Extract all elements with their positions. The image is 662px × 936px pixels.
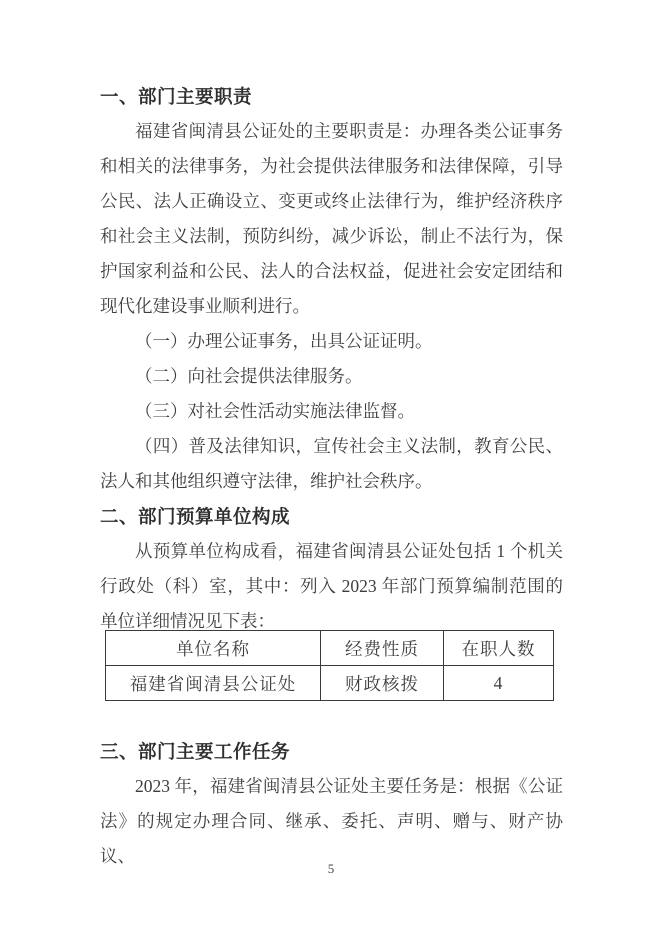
table-cell-funding-type: 财政核拨: [321, 666, 444, 701]
document-page: 一、部门主要职责 福建省闽清县公证处的主要职责是：办理各类公证事务和相关的法律事…: [0, 0, 662, 936]
page-number: 5: [0, 861, 662, 877]
table-cell-staff-count: 4: [444, 666, 554, 701]
table-header-staff-count: 在职人数: [444, 631, 554, 666]
section2-intro-paragraph: 从预算单位构成看，福建省闽清县公证处包括 1 个机关行政处（科）室，其中：列入 …: [100, 534, 563, 639]
section1-item-2: （二）向社会提供法律服务。: [100, 359, 563, 394]
budget-units-table: 单位名称 经费性质 在职人数 福建省闽清县公证处 财政核拨 4: [105, 630, 554, 701]
section1-item-4: （四）普及法律知识，宣传社会主义法制，教育公民、法人和其他组织遵守法律，维护社会…: [100, 429, 563, 499]
table-header-funding-type: 经费性质: [321, 631, 444, 666]
table-cell-unit-name: 福建省闽清县公证处: [106, 666, 321, 701]
section1-item-1: （一）办理公证事务，出具公证证明。: [100, 324, 563, 359]
section3-intro-paragraph: 2023 年，福建省闽清县公证处主要任务是：根据《公证法》的规定办理合同、继承、…: [100, 769, 563, 874]
page-content: 一、部门主要职责 福建省闽清县公证处的主要职责是：办理各类公证事务和相关的法律事…: [100, 79, 563, 874]
section1-heading: 一、部门主要职责: [100, 79, 563, 114]
section1-intro-paragraph: 福建省闽清县公证处的主要职责是：办理各类公证事务和相关的法律事务，为社会提供法律…: [100, 114, 563, 324]
section1-item-3: （三）对社会性活动实施法律监督。: [100, 394, 563, 429]
table-row: 福建省闽清县公证处 财政核拨 4: [106, 666, 554, 701]
section2-heading: 二、部门预算单位构成: [100, 499, 563, 534]
section3-heading: 三、部门主要工作任务: [100, 734, 563, 769]
